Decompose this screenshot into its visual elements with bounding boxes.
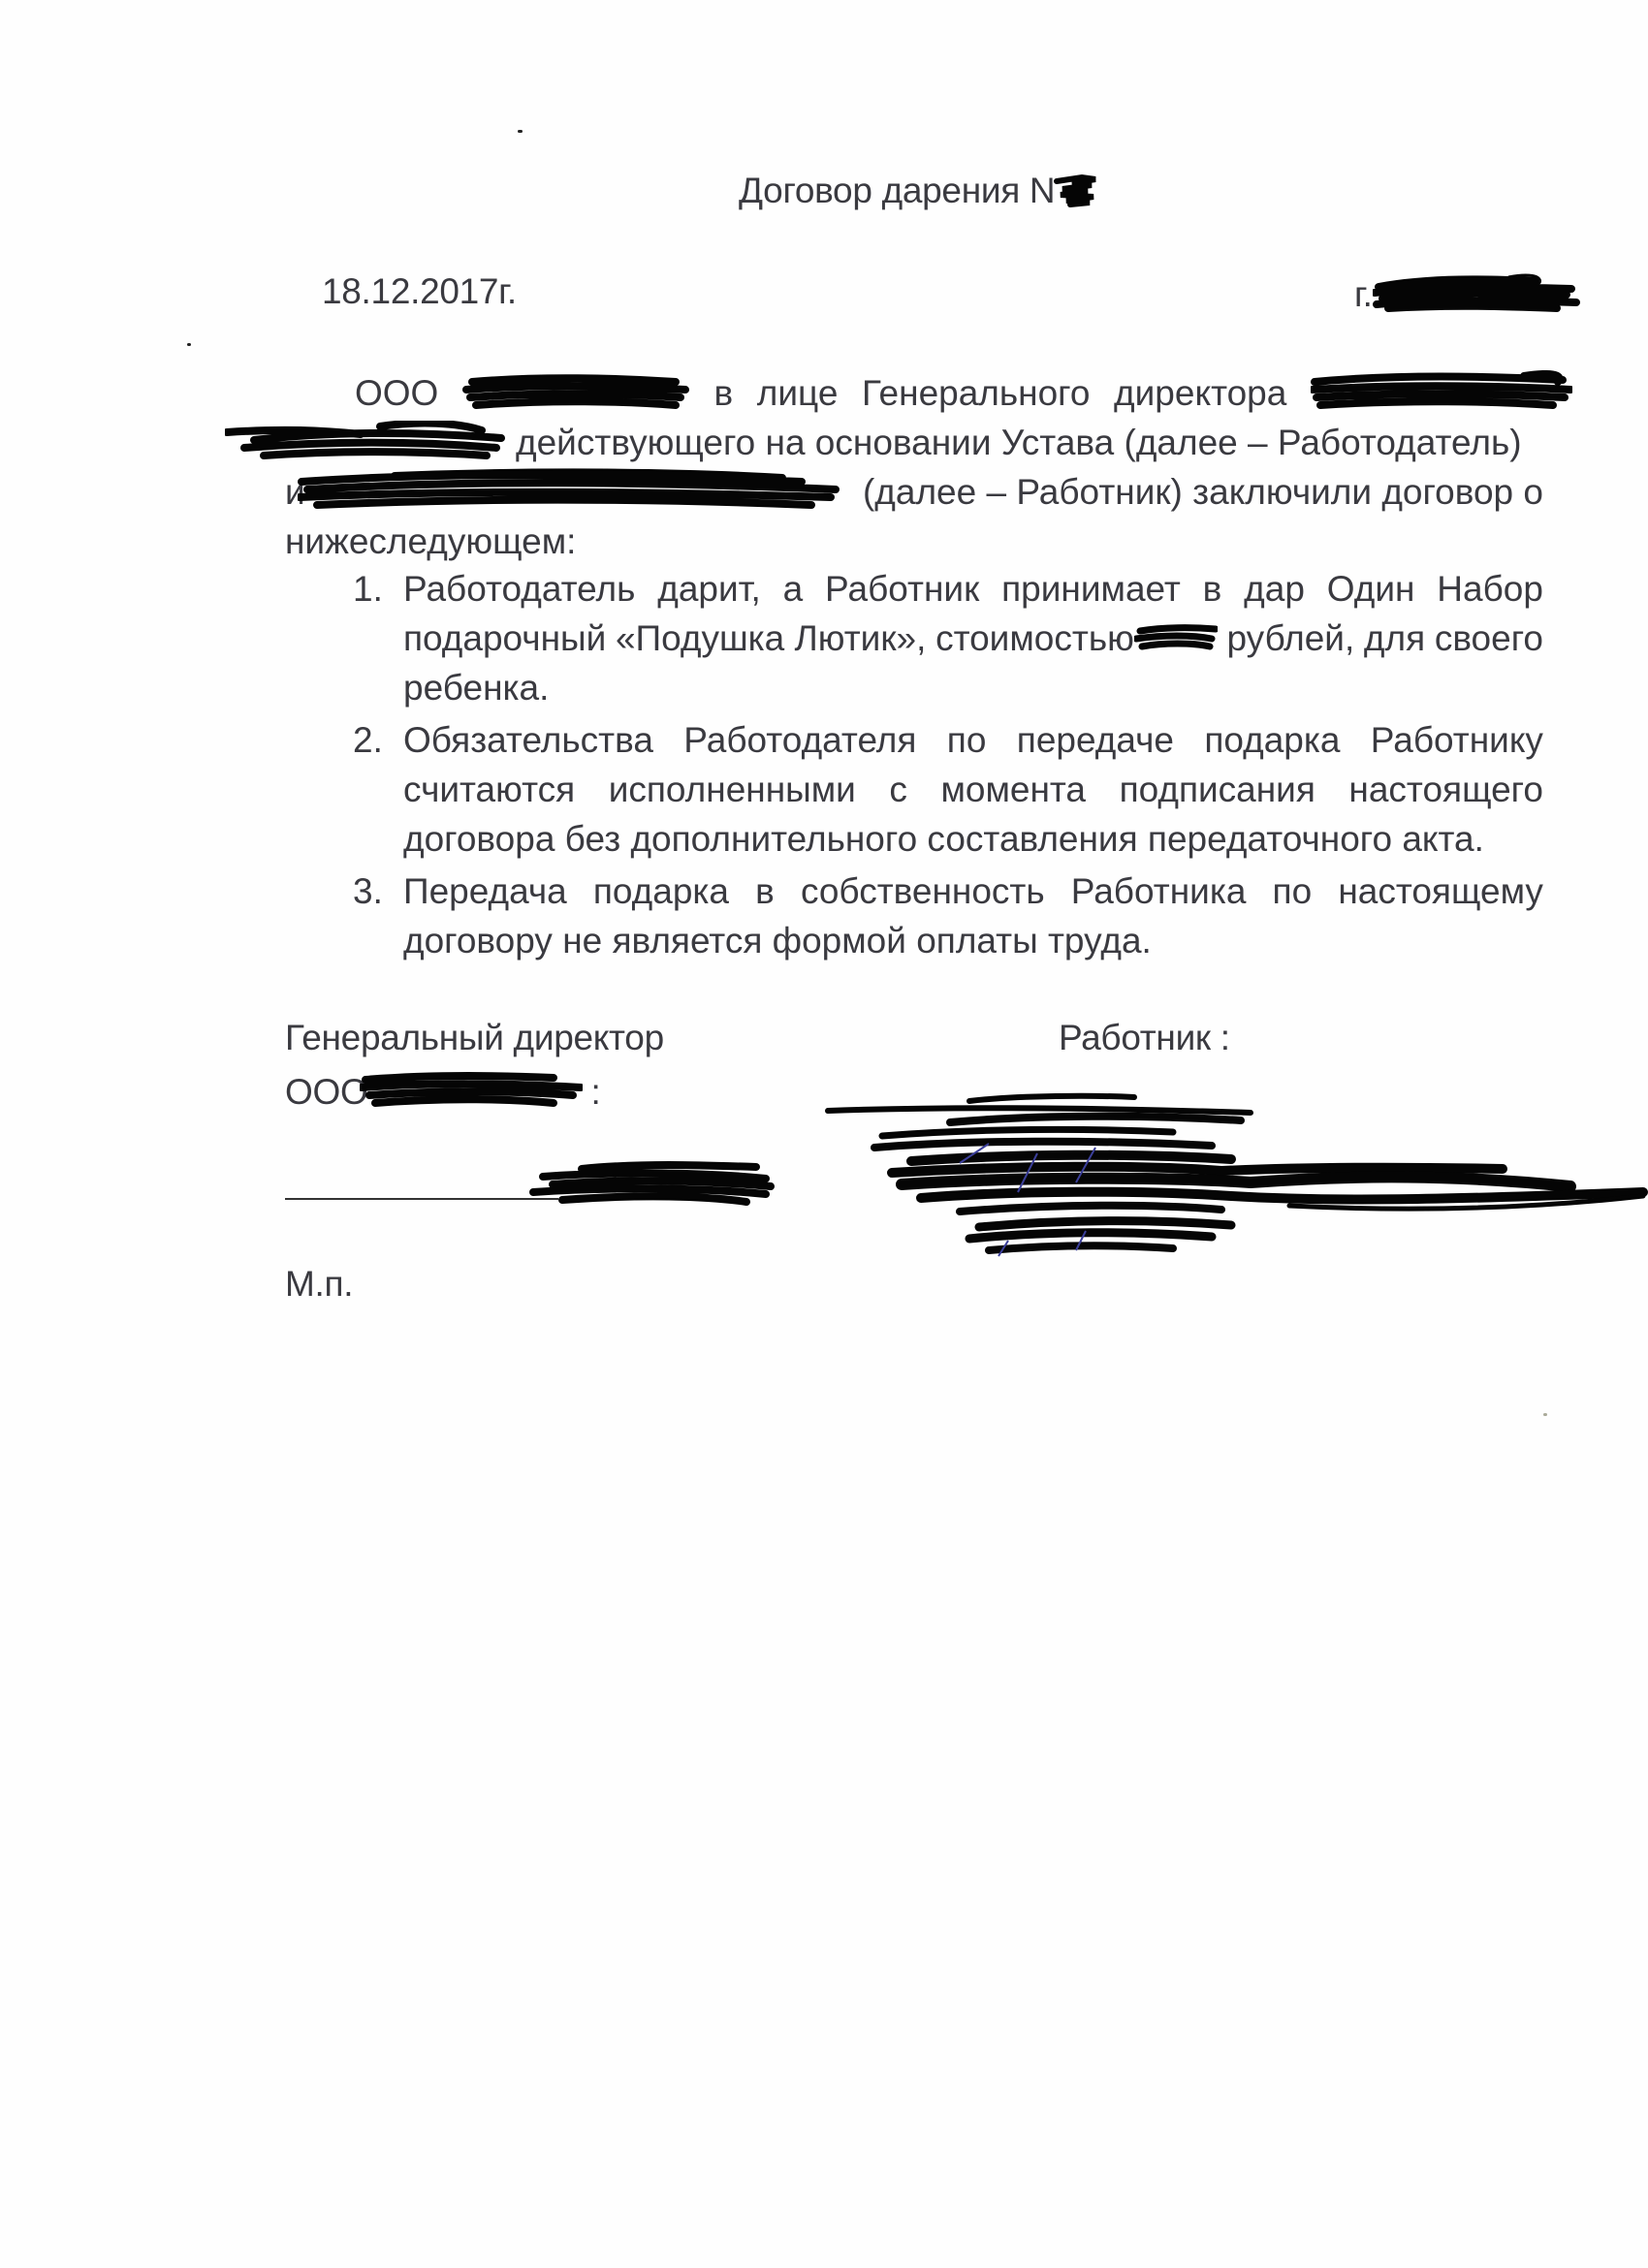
clause-word: Работник [825, 564, 979, 614]
stamp-placeholder-label: М.п. [285, 1266, 353, 1302]
clause-word: по [1273, 866, 1313, 916]
scan-speck [187, 343, 191, 346]
clause-word: Работодатель [403, 564, 635, 614]
preamble-line-3: и (далее – Работник) заключили договор о [285, 467, 1543, 517]
city-prefix: г. [1354, 274, 1373, 314]
city-field: г. [1354, 273, 1581, 316]
clause-line: Работодатель дарит, а Работник принимает… [403, 564, 1543, 614]
clause-line: Передача подарка в собственность Работни… [403, 866, 1543, 916]
redaction-mark-director-name-cont [225, 421, 506, 465]
clause-word: передаче [1017, 715, 1174, 765]
redaction-mark-company-name [462, 372, 690, 415]
clause-word: Обязательства [403, 715, 653, 765]
clause-word: договора без дополнительного составления… [403, 814, 1484, 864]
clause-number: 2. [353, 715, 383, 765]
employer-org: ООО : [285, 1070, 600, 1113]
clause-3: 3. Передача подарка в собственность Рабо… [353, 866, 1543, 965]
redaction-mark-employee-signature [824, 1086, 1648, 1270]
clause-line: подарочный «Подушка Лютик», стоимостью р… [403, 614, 1543, 663]
preamble-line-2: действующего на основании Устава (далее … [225, 418, 1543, 467]
clause-word: исполненными [609, 765, 856, 814]
preamble-word: лице [757, 368, 839, 418]
clause-word: с [889, 765, 907, 814]
clause-2: 2. Обязательства Работодателя по передач… [353, 715, 1543, 864]
preamble-word: директора [1114, 368, 1286, 418]
document-date: 18.12.2017г. [322, 273, 517, 309]
clause-word: Один [1327, 564, 1415, 614]
preamble-word: Генерального [862, 368, 1090, 418]
clause-word: своего [1435, 614, 1543, 663]
clause-word: ребенка. [403, 663, 549, 712]
gift-name: «Подушка Лютик», [616, 614, 926, 663]
clause-word: принимает [1001, 564, 1181, 614]
clauses-list: 1. Работодатель дарит, а Работник приним… [353, 564, 1543, 968]
clause-word: подписания [1120, 765, 1315, 814]
org-prefix: ООО [355, 368, 438, 418]
redaction-mark-director-name [1311, 370, 1572, 417]
preamble-employer-definition: действующего на основании Устава (далее … [516, 418, 1522, 467]
clause-line: ребенка. [403, 663, 1543, 712]
clause-1: 1. Работодатель дарит, а Работник приним… [353, 564, 1543, 712]
preamble-word: в [714, 368, 734, 418]
clause-word: а [783, 564, 804, 614]
clause-word: момента [940, 765, 1086, 814]
clause-word: подарка [1204, 715, 1340, 765]
clause-word: в [755, 866, 775, 916]
document-title-text: Договор дарения N [739, 171, 1055, 210]
clause-word: дарит, [657, 564, 761, 614]
clause-word: настоящему [1338, 866, 1543, 916]
preamble-line-1: ООО в лице Генерального директора [285, 368, 1543, 418]
scan-speck [518, 130, 523, 133]
clause-word: подарочный [403, 614, 606, 663]
clause-word: настоящего [1348, 765, 1543, 814]
clause-word: считаются [403, 765, 575, 814]
clause-word: рублей, [1227, 614, 1355, 663]
clause-word: в [1203, 564, 1222, 614]
clause-number: 3. [353, 866, 383, 916]
document-title: Договор дарения N [739, 173, 1099, 208]
clause-word: дар [1244, 564, 1305, 614]
clause-line: договора без дополнительного составления… [403, 814, 1543, 864]
employer-org-prefix: ООО [285, 1074, 367, 1110]
clause-word: Работодателя [683, 715, 916, 765]
clause-line: считаются исполненными с момента подписа… [403, 765, 1543, 814]
clause-line: договору не является формой оплаты труда… [403, 916, 1543, 965]
clause-word: для [1364, 614, 1425, 663]
preamble-paragraph: ООО в лице Генерального директора действ… [285, 368, 1543, 566]
clause-word: Передача [403, 866, 567, 916]
clause-word: Работника [1071, 866, 1247, 916]
preamble-line-4: нижеследующем: [285, 517, 1543, 566]
employer-org-suffix: : [590, 1074, 600, 1110]
preamble-employee-definition: (далее – Работник) заключили договор о [840, 467, 1543, 517]
clause-number: 1. [353, 564, 383, 614]
employee-title: Работник : [1059, 1020, 1230, 1055]
redaction-mark-city [1373, 273, 1581, 316]
clause-word: договору не является формой оплаты труда… [403, 916, 1152, 965]
scanned-document-page: Договор дарения N 18.12.2017г. г. ООО в … [0, 0, 1648, 2268]
redaction-mark-contract-number [1053, 173, 1099, 208]
clause-word: собственность [801, 866, 1045, 916]
clause-word: Набор [1437, 564, 1543, 614]
employer-signature-line[interactable] [285, 1198, 558, 1200]
preamble-ending: нижеследующем: [285, 521, 576, 561]
clause-word: стоимостью [935, 614, 1134, 663]
clause-word: по [947, 715, 987, 765]
clause-word: Работнику [1371, 715, 1543, 765]
scan-speck [1543, 1413, 1547, 1416]
redaction-mark-price [1134, 621, 1218, 656]
redaction-mark-employer-org [360, 1070, 583, 1113]
redaction-mark-employer-signature [523, 1159, 776, 1213]
redaction-mark-employee-name [298, 468, 840, 517]
clause-line: Обязательства Работодателя по передаче п… [403, 715, 1543, 765]
employer-title: Генеральный директор [285, 1020, 664, 1055]
clause-word: подарка [593, 866, 729, 916]
